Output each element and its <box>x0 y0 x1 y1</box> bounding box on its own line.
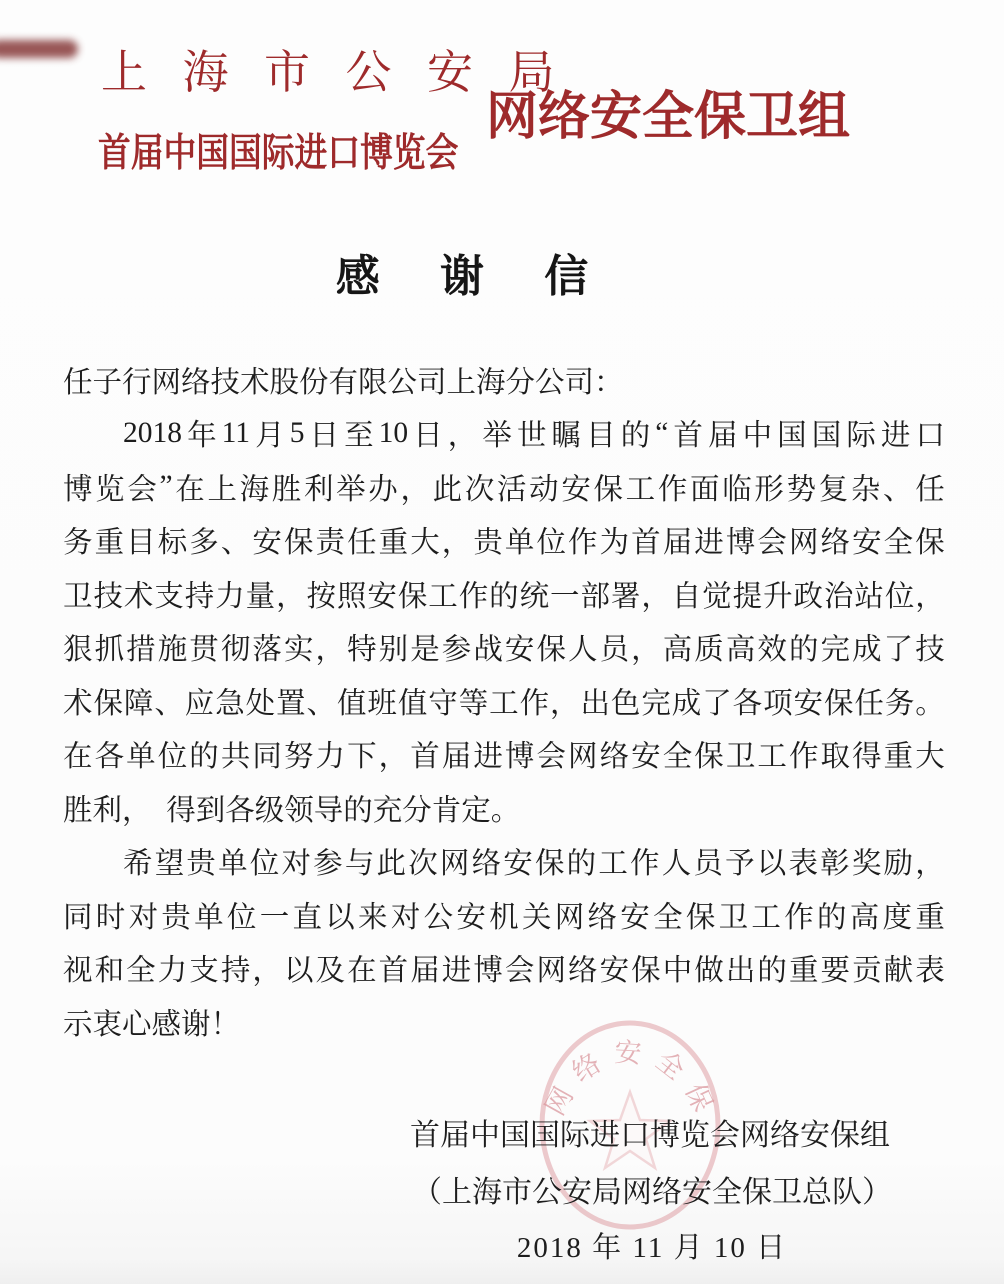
body-line: 2018年11月5日至10日，举世瞩目的“首届中国国际进口 <box>63 407 945 461</box>
letter-body: 任子行网络技术股份有限公司上海分公司：2018年11月5日至10日，举世瞩目的“… <box>63 353 945 1049</box>
body-line: 在各单位的共同努力下，首届进博会网络安全保卫工作取得重大 <box>63 728 945 782</box>
body-line: 示衷心感谢！ <box>63 995 945 1049</box>
header-event: 首届中国国际进口博览会 <box>98 122 527 178</box>
body-line: 狠抓措施贯彻落实，特别是参战安保人员，高质高效的完成了技 <box>63 621 945 675</box>
letter-page: 上 海 市 公 安 局 网络安全保卫组 首届中国国际进口博览会 感 谢 信 任子… <box>0 0 1004 1284</box>
header-group: 网络安全保卫组 <box>486 74 850 149</box>
letter-title: 感 谢 信 <box>0 240 1004 304</box>
header-event-text: 首届中国国际进口博览会 <box>98 122 458 178</box>
body-line: 同时对贵单位一直以来对公安机关网络安全保卫工作的高度重 <box>63 888 945 942</box>
body-line: 术保障、应急处置、值班值守等工作，出色完成了各项安保任务。 <box>63 674 945 728</box>
signature-block: 首届中国国际进口博览会网络安保组 （上海市公安局网络安全保卫总队） 2018 年… <box>410 1103 894 1274</box>
body-line: 务重目标多、安保责任重大，贵单位作为首届进博会网络安全保 <box>63 514 945 568</box>
body-line: 希望贵单位对参与此次网络安保的工作人员予以表彰奖励， <box>63 835 945 889</box>
body-line: 卫技术支持力量，按照安保工作的统一部署，自觉提升政治站位， <box>63 567 945 621</box>
body-line: 任子行网络技术股份有限公司上海分公司： <box>63 353 945 407</box>
letter-sheet: 上 海 市 公 安 局 网络安全保卫组 首届中国国际进口博览会 感 谢 信 任子… <box>0 0 1004 1284</box>
signature-date: 2018 年 11 月 10 日 <box>517 1217 787 1274</box>
signature-org: 首届中国国际进口博览会网络安保组 <box>410 1103 894 1160</box>
body-line: 博览会”在上海胜利举办，此次活动安保工作面临形势复杂、任 <box>63 460 945 514</box>
body-line: 视和全力支持，以及在首届进博会网络安保中做出的重要贡献表 <box>63 942 945 996</box>
body-line: 胜利， 得到各级领导的充分肯定。 <box>63 781 945 835</box>
signature-org-sub: （上海市公安局网络安全保卫总队） <box>412 1160 892 1217</box>
corner-red-mark <box>0 40 78 58</box>
